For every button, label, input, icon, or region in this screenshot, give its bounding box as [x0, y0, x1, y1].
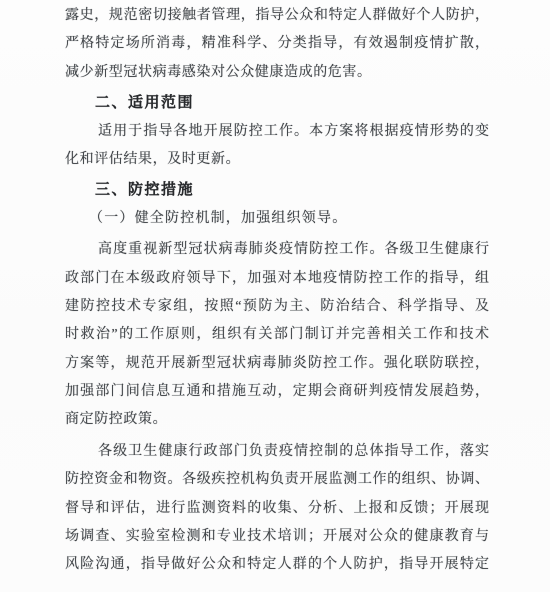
doc-text-line: 风险沟通，指导做好公众和特定人群的个人防护，指导开展特定 [65, 551, 489, 579]
doc-text-line: 方案等，规范开展新型冠状病毒肺炎防控工作。强化联防联控， [65, 350, 489, 378]
doc-text-line: 建防控技术专家组，按照“预防为主、防治结合、科学指导、及 [65, 293, 489, 321]
doc-text-line: 加强部门间信息互通和措施互动，定期会商研判疫情发展趋势， [65, 378, 489, 406]
doc-text-line: 督导和评估，进行监测资料的收集、分析、上报和反馈；开展现 [65, 495, 489, 523]
doc-text-line: 商定防控政策。 [65, 406, 489, 434]
doc-text-line: 各级卫生健康行政部门负责疫情控制的总体指导工作，落实 [65, 438, 489, 466]
section-heading-measures: 三、防控措施 [65, 176, 489, 204]
section-heading-scope: 二、适用范围 [65, 89, 489, 117]
doc-text-line: 高度重视新型冠状病毒肺炎疫情防控工作。各级卫生健康行 [65, 236, 489, 264]
doc-text-line: 减少新型冠状病毒感染对公众健康造成的危害。 [65, 59, 489, 87]
doc-text-line: 政部门在本级政府领导下，加强对本地疫情防控工作的指导，组 [65, 265, 489, 293]
doc-text-line: 适用于指导各地开展防控工作。本方案将根据疫情形势的变 [65, 118, 489, 146]
doc-text-line: 露史，规范密切接触者管理，指导公众和特定人群做好个人防护， [65, 2, 489, 30]
doc-text-line: 防控资金和物资。各级疾控机构负责开展监测工作的组织、协调、 [65, 466, 489, 494]
doc-text-line: 场调查、实验室检测和专业技术培训；开展对公众的健康教育与 [65, 523, 489, 551]
doc-text-line: 时救治”的工作原则，组织有关部门制订并完善相关工作和技术 [65, 321, 489, 349]
doc-text-line: 化和评估结果，及时更新。 [65, 146, 489, 174]
subsection-heading-mechanism: （一）健全防控机制，加强组织领导。 [65, 205, 489, 233]
document-page: 露史，规范密切接触者管理，指导公众和特定人群做好个人防护， 严格特定场所消毒，精… [0, 0, 550, 592]
doc-text-line: 严格特定场所消毒，精准科学、分类指导，有效遏制疫情扩散， [65, 30, 489, 58]
